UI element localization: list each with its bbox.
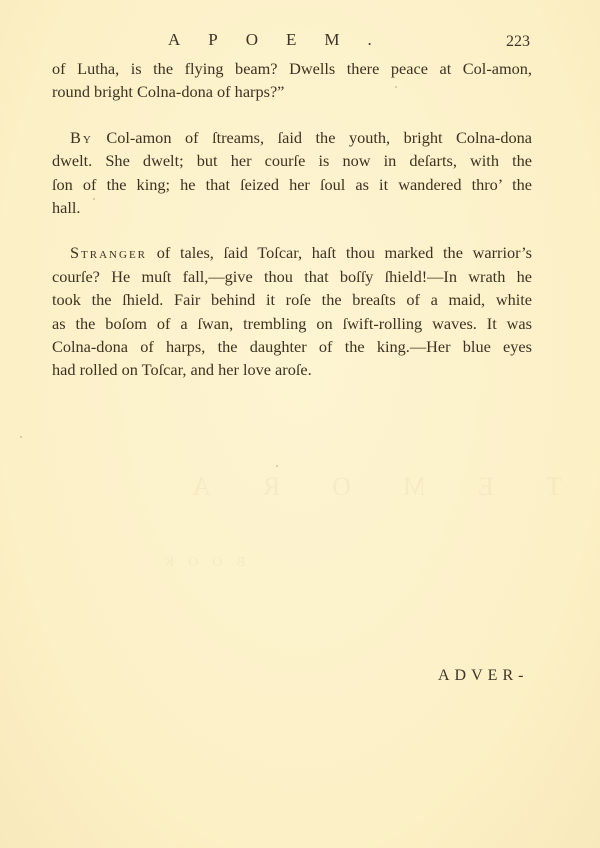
body-text: of Lutha, is the flying beam? Dwells the… [52, 57, 532, 404]
text-line: hall. [52, 196, 532, 219]
text-line: Stranger of tales, ſaid Toſcar, haſt tho… [52, 241, 532, 264]
running-head: APOEM. 223 [0, 30, 600, 54]
text-line: dwelt. She dwelt; but her courſe is now … [52, 149, 532, 172]
paper-speck [276, 465, 278, 467]
bleed-through-text-secondary: BOOK [150, 555, 246, 571]
running-title: APOEM. [168, 30, 400, 50]
page-number: 223 [506, 33, 530, 51]
text-line: as the boſom of a ſwan, trembling on ſwi… [52, 312, 532, 335]
text-fragment: of tales, ſaid Toſcar, haſt thou marked … [147, 243, 532, 262]
text-line: courſe? He muſt fall,—give thou that boſ… [52, 265, 532, 288]
paragraph-2: By Col-amon of ſtreams, ſaid the youth, … [52, 126, 532, 220]
text-line: ſon of the king; he that ſeized her ſoul… [52, 173, 532, 196]
paragraph-1: of Lutha, is the flying beam? Dwells the… [52, 57, 532, 104]
paragraph-lead: Stranger [70, 243, 147, 262]
text-line: round bright Colna-dona of harps?” [52, 80, 532, 103]
catchword: ADVER- [438, 667, 528, 685]
text-line: of Lutha, is the flying beam? Dwells the… [52, 57, 532, 80]
text-line: had rolled on Toſcar, and her love aroſe… [52, 358, 532, 381]
paper-speck [20, 436, 22, 438]
text-fragment: Col-amon of ſtreams, ſaid the youth, bri… [93, 128, 532, 147]
paper-speck [395, 86, 397, 88]
book-page: TEMORA BOOK APOEM. 223 of Lutha, is the … [0, 0, 600, 848]
text-line: Colna-dona of harps, the daughter of the… [52, 335, 532, 358]
text-line: By Col-amon of ſtreams, ſaid the youth, … [52, 126, 532, 149]
paragraph-lead: By [70, 128, 93, 147]
paragraph-3: Stranger of tales, ſaid Toſcar, haſt tho… [52, 241, 532, 381]
text-line: took the ſhield. Fair behind it roſe the… [52, 288, 532, 311]
paper-speck [93, 198, 95, 200]
bleed-through-text: TEMORA [140, 472, 562, 502]
